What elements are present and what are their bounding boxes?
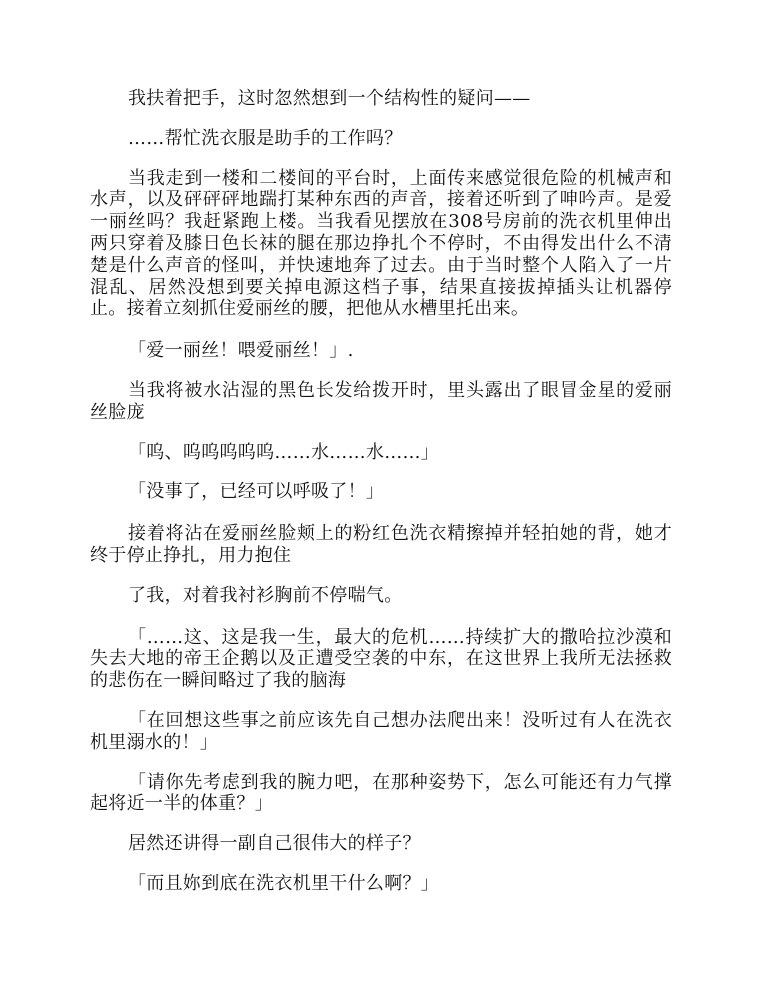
paragraph: 了我，对着我衬衫胸前不停喘气。	[90, 585, 672, 607]
paragraph: 居然还讲得一副自己很伟大的样子？	[90, 833, 672, 855]
paragraph: 当我走到一楼和二楼间的平台时，上面传来感觉很危险的机械声和水声，以及砰砰砰地踹打…	[90, 168, 672, 321]
paragraph: 「请你先考虑到我的腕力吧，在那种姿势下，怎么可能还有力气撑起将近一半的体重？」	[90, 772, 672, 816]
document-page: 我扶着把手，这时忽然想到一个结构性的疑问—— ……帮忙洗衣服是助手的工作吗？ 当…	[90, 88, 672, 895]
paragraph: 我扶着把手，这时忽然想到一个结构性的疑问——	[90, 88, 672, 110]
paragraph: 「呜、呜呜呜呜呜……水……水……」	[90, 442, 672, 464]
paragraph: 「没事了，已经可以呼吸了！」	[90, 481, 672, 503]
paragraph: 「爱一丽丝！喂爱丽丝！」.	[90, 340, 672, 362]
paragraph: 当我将被水沾湿的黑色长发给拨开时，里头露出了眼冒金星的爱丽丝脸庞	[90, 380, 672, 424]
paragraph: 「……这、这是我一生，最大的危机……持续扩大的撒哈拉沙漠和失去大地的帝王企鹅以及…	[90, 627, 672, 692]
paragraph: 「在回想这些事之前应该先自己想办法爬出来！没听过有人在洗衣机里溺水的！」	[90, 710, 672, 754]
paragraph: ……帮忙洗衣服是助手的工作吗？	[90, 128, 672, 150]
paragraph: 接着将沾在爱丽丝脸颊上的粉红色洗衣精擦掉并轻拍她的背，她才终于停止挣扎，用力抱住	[90, 523, 672, 567]
paragraph: 「而且妳到底在洗衣机里干什么啊？」	[90, 873, 672, 895]
